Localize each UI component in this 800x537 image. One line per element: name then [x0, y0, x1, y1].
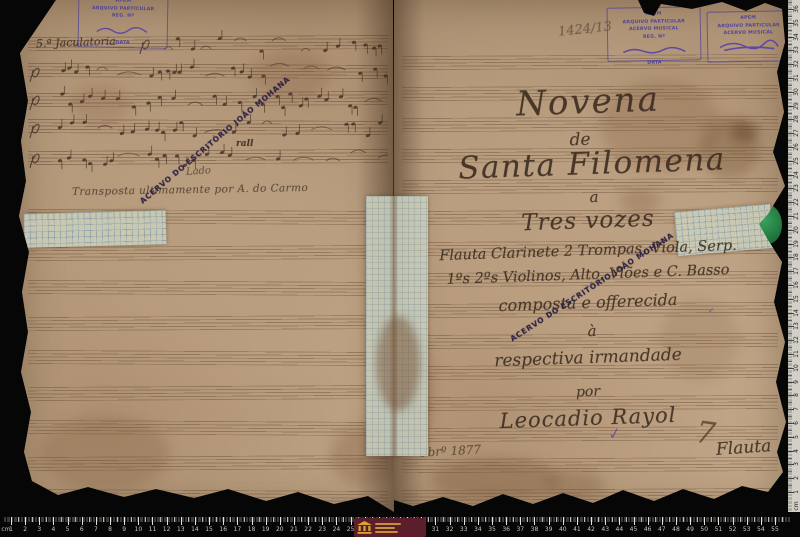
ruler-number: 20: [273, 526, 287, 533]
ruler-tick: [704, 517, 705, 525]
ruler-tick: [96, 517, 97, 525]
ruler-number: 35: [793, 17, 800, 29]
ruler-number: 45: [627, 526, 641, 533]
ruler-number: 18: [245, 526, 259, 533]
stain: [430, 458, 560, 500]
ruler-number: 20: [793, 224, 800, 236]
ruler-tick: [39, 517, 40, 525]
staff-line-group: [28, 385, 388, 401]
ruler-tick: [181, 517, 182, 525]
stain: [544, 470, 604, 500]
ruler-number: 47: [655, 526, 669, 533]
ruler-half-tick: [457, 517, 458, 522]
date-annotation: 9brº 1877: [420, 442, 482, 459]
ruler-number: 3: [32, 526, 46, 533]
ruler-half-tick: [230, 517, 231, 522]
ruler-half-tick: [202, 517, 203, 522]
ruler-number: 2: [18, 526, 32, 533]
small-purple-mark: ✓: [708, 306, 715, 315]
ruler-tick: [648, 517, 649, 525]
ruler-tick: [690, 517, 691, 525]
ruler-number: 23: [315, 526, 329, 533]
stamp-line: APEM: [619, 10, 689, 17]
ruler-tick: [124, 517, 125, 525]
stamp-line: DATA: [619, 59, 689, 66]
ruler-tick: [464, 517, 465, 525]
ruler-half-tick: [788, 320, 792, 321]
ruler-number: 35: [485, 526, 499, 533]
tempo-annotation: rall: [236, 139, 253, 149]
catalog-number: 1424/13: [557, 19, 612, 40]
ruler-tick: [167, 517, 168, 525]
ruler-tick: [11, 517, 12, 525]
ruler-number: 18: [793, 251, 800, 263]
ruler-number: 44: [612, 526, 626, 533]
ruler-half-tick: [18, 517, 19, 522]
ruler-number: 2: [793, 472, 800, 484]
ruler-tick: [237, 517, 238, 525]
ruler-tick: [450, 517, 451, 525]
stamp-line: ACERVO MUSICAL: [619, 25, 689, 32]
stamp-line: REG. Nº: [619, 33, 689, 40]
archive-stamp-top-left: APEM ARQUIVO PARTICULAR REG. Nº DATA: [78, 0, 169, 49]
ruler-number: 5: [61, 526, 75, 533]
ruler-half-tick: [683, 517, 684, 522]
ruler-half-tick: [626, 517, 627, 522]
scanned-manuscript-photo: 5.ª Jaculatoria rall Lado Transposta ult…: [0, 0, 800, 537]
ruler-number: 17: [230, 526, 244, 533]
ruler-half-tick: [788, 430, 792, 431]
ruler-tick: [195, 517, 196, 525]
ruler-half-tick: [527, 517, 528, 522]
ruler-half-tick: [788, 140, 792, 141]
ruler-tick: [733, 517, 734, 525]
ruler-number: 53: [740, 526, 754, 533]
ruler-number: 49: [683, 526, 697, 533]
ruler-number: 23: [793, 182, 800, 194]
ruler-number: 9: [793, 376, 800, 388]
stain: [250, 50, 330, 100]
staff-line-group: [28, 350, 388, 366]
staff-line-group: [28, 245, 388, 261]
ruler-half-tick: [725, 517, 726, 522]
apem-archive-logo: [354, 518, 426, 537]
ruler-half-tick: [273, 517, 274, 522]
ruler-number: 5: [793, 431, 800, 443]
ruler-tick: [520, 517, 521, 525]
tape-repair-left: [24, 210, 167, 248]
ruler-half-tick: [598, 517, 599, 522]
tape-repair-fold: [366, 196, 428, 456]
handwritten-notes-row: [28, 58, 388, 88]
archive-stamp-a: APEM ARQUIVO PARTICULAR ACERVO MUSICAL R…: [607, 6, 702, 62]
part-label: Flauta: [715, 436, 772, 460]
ruler-number: 31: [428, 526, 442, 533]
ruler-half-tick: [788, 126, 792, 127]
ruler-tick: [322, 517, 323, 525]
ruler-tick: [53, 517, 54, 525]
ruler-tick: [209, 517, 210, 525]
ruler-half-tick: [669, 517, 670, 522]
ruler-tick: [591, 517, 592, 525]
ruler-number: 30: [793, 86, 800, 98]
ruler-half-tick: [75, 517, 76, 522]
stamp-line: ARQUIVO PARTICULAR: [90, 5, 157, 12]
ruler-half-tick: [788, 375, 792, 376]
page-number: 7: [694, 415, 718, 452]
ruler-half-tick: [788, 16, 792, 17]
ruler-number: 32: [443, 526, 457, 533]
ruler-tick: [82, 517, 83, 525]
ruler-half-tick: [788, 209, 792, 210]
ruler-number: 52: [726, 526, 740, 533]
ruler-half-tick: [788, 361, 792, 362]
ruler-number: 3: [793, 458, 800, 470]
ruler-number: 12: [793, 334, 800, 346]
ruler-number: 11: [145, 526, 159, 533]
ruler-half-tick: [711, 517, 712, 522]
ruler-tick: [110, 517, 111, 525]
ruler-number: 41: [570, 526, 584, 533]
stamp-line: ARQUIVO PARTICULAR: [619, 18, 689, 25]
stamp-signature-scribble: [93, 24, 153, 35]
ruler-tick: [761, 517, 762, 525]
ruler-half-tick: [513, 517, 514, 522]
ruler-number: 34: [793, 31, 800, 43]
ruler-number: 8: [103, 526, 117, 533]
ruler-number: 26: [793, 141, 800, 153]
ruler-unit-label: cm: [793, 500, 800, 512]
ruler-number: 15: [202, 526, 216, 533]
ruler-half-tick: [788, 154, 792, 155]
ruler-number: 21: [793, 210, 800, 222]
ruler-half-tick: [788, 57, 792, 58]
ruler-tick: [294, 517, 295, 525]
ruler-half-tick: [655, 517, 656, 522]
ruler-half-tick: [788, 416, 792, 417]
ruler-number: 27: [793, 127, 800, 139]
ruler-number: 9: [117, 526, 131, 533]
ruler-half-tick: [788, 168, 792, 169]
ruler-number: 33: [457, 526, 471, 533]
ruler-number: 4: [46, 526, 60, 533]
ruler-half-tick: [740, 517, 741, 522]
ruler-number: 24: [329, 526, 343, 533]
ruler-tick: [549, 517, 550, 525]
ruler-number: 19: [793, 238, 800, 250]
ruler-half-tick: [259, 517, 260, 522]
ruler-tick: [308, 517, 309, 525]
ruler-half-tick: [485, 517, 486, 522]
ruler-tick: [252, 517, 253, 525]
stamp-line: DATA: [89, 39, 156, 46]
ruler-half-tick: [788, 85, 792, 86]
stain: [730, 122, 758, 142]
ruler-half-tick: [754, 517, 755, 522]
ruler-half-tick: [315, 517, 316, 522]
ruler-number: 16: [793, 279, 800, 291]
ruler-tick: [435, 517, 436, 525]
ruler-number: 7: [793, 403, 800, 415]
title-a2: à: [587, 322, 597, 340]
ruler-half-tick: [788, 402, 792, 403]
staff-line-group: [28, 489, 388, 505]
ruler-tick: [747, 517, 748, 525]
ruler-number: 46: [641, 526, 655, 533]
ruler-tick: [68, 517, 69, 525]
ruler-number: 7: [89, 526, 103, 533]
stain: [376, 316, 420, 411]
ruler-tick: [25, 517, 26, 525]
ruler-half-tick: [117, 517, 118, 522]
ruler-number: 22: [301, 526, 315, 533]
ruler-number: 21: [287, 526, 301, 533]
ruler-half-tick: [788, 71, 792, 72]
ruler-number: 24: [793, 169, 800, 181]
ruler-half-tick: [443, 517, 444, 522]
ruler-tick: [577, 517, 578, 525]
ruler-half-tick: [471, 517, 472, 522]
ruler-half-tick: [244, 517, 245, 522]
stamp-line: REG. Nº: [90, 12, 157, 19]
ruler-tick: [619, 517, 620, 525]
ruler-tick: [563, 517, 564, 525]
ruler-half-tick: [570, 517, 571, 522]
transcription-note: Transposta ultimamente por A. do Carmo: [72, 182, 308, 198]
ruler-half-tick: [788, 113, 792, 114]
stamp-line: APEM: [90, 0, 157, 4]
ruler-tick: [336, 517, 337, 525]
ruler-half-tick: [61, 517, 62, 522]
stamp-line: APEM: [717, 14, 779, 21]
ruler-tick: [266, 517, 267, 525]
stamp-line: ARQUIVO PARTICULAR: [717, 22, 779, 29]
ruler-tick: [138, 517, 139, 525]
ruler-half-tick: [428, 517, 429, 522]
ruler-half-tick: [329, 517, 330, 522]
ruler-number: 43: [598, 526, 612, 533]
ruler-number: 16: [216, 526, 230, 533]
ruler-half-tick: [788, 2, 792, 3]
stamp-signature-scribble: [716, 37, 782, 52]
title-by: por: [576, 384, 601, 401]
ruler-tick: [775, 517, 776, 525]
ruler-tick: [662, 517, 663, 525]
ruler-half-tick: [788, 264, 792, 265]
ruler-half-tick: [788, 306, 792, 307]
ruler-number: 34: [471, 526, 485, 533]
ruler-half-tick: [556, 517, 557, 522]
ruler-number: 37: [513, 526, 527, 533]
ruler-number: 51: [711, 526, 725, 533]
ruler-number: 55: [768, 526, 782, 533]
stamp-line: ACERVO MUSICAL: [718, 29, 780, 36]
ruler-number: 6: [75, 526, 89, 533]
ruler-half-tick: [788, 237, 792, 238]
ruler-number: 6: [793, 417, 800, 429]
building-icon: [357, 521, 372, 534]
ruler-half-tick: [145, 517, 146, 522]
ruler-number: 31: [793, 72, 800, 84]
title-a: a: [589, 188, 599, 206]
staff-line-group: [28, 315, 388, 331]
ruler-number: 8: [793, 389, 800, 401]
ruler-half-tick: [641, 517, 642, 522]
ruler-half-tick: [46, 517, 47, 522]
ruler-number: 42: [584, 526, 598, 533]
ruler-number: 12: [160, 526, 174, 533]
ruler-tick: [605, 517, 606, 525]
ruler-number: 1: [793, 486, 800, 498]
title-voices: Tres vozes: [521, 206, 655, 237]
ruler-tick: [506, 517, 507, 525]
ruler-half-tick: [287, 517, 288, 522]
ruler-half-tick: [768, 517, 769, 522]
ruler-number: 36: [499, 526, 513, 533]
ruler-tick: [152, 517, 153, 525]
ruler-half-tick: [103, 517, 104, 522]
ruler-tick: [351, 517, 352, 525]
ruler-half-tick: [788, 223, 792, 224]
ruler-half-tick: [788, 278, 792, 279]
ruler-number: 22: [793, 196, 800, 208]
ruler-number: 14: [188, 526, 202, 533]
ruler-half-tick: [788, 44, 792, 45]
ruler-half-tick: [612, 517, 613, 522]
ruler-number: 4: [793, 445, 800, 457]
ruler-half-tick: [788, 347, 792, 348]
ruler-number: 10: [793, 362, 800, 374]
ruler-tick: [534, 517, 535, 525]
ruler-half-tick: [131, 517, 132, 522]
ruler-number: 39: [542, 526, 556, 533]
ruler-tick: [492, 517, 493, 525]
right-ruler-mm-ticks: [788, 0, 792, 512]
ruler-number: 33: [793, 44, 800, 56]
ruler-number: 32: [793, 58, 800, 70]
ruler-number: 15: [793, 293, 800, 305]
manuscript-left-page: 5.ª Jaculatoria rall Lado Transposta ult…: [16, 0, 394, 512]
ruler-half-tick: [788, 458, 792, 459]
ruler-number: 38: [527, 526, 541, 533]
ruler-half-tick: [788, 195, 792, 196]
ruler-half-tick: [343, 517, 344, 522]
ruler-half-tick: [788, 251, 792, 252]
ruler-half-tick: [32, 517, 33, 522]
manuscript-right-page: 1424/13 APEM ARQUIVO PARTICULAR ACERVO M…: [394, 0, 786, 515]
ruler-number: 10: [131, 526, 145, 533]
logo-text-lines: [375, 523, 401, 533]
stamp-signature-scribble: [619, 45, 689, 55]
ruler-half-tick: [697, 517, 698, 522]
ruler-number: 14: [793, 307, 800, 319]
ruler-half-tick: [788, 99, 792, 100]
ruler-half-tick: [788, 471, 792, 472]
title-work: Novena: [515, 80, 660, 125]
ruler-half-tick: [788, 485, 792, 486]
ruler-tick: [280, 517, 281, 525]
ruler-number: 48: [669, 526, 683, 533]
ruler-tick: [223, 517, 224, 525]
stain: [40, 416, 170, 491]
staff-line-group: [28, 280, 388, 296]
ruler-number: 25: [793, 155, 800, 167]
ruler-half-tick: [542, 517, 543, 522]
ruler-half-tick: [788, 292, 792, 293]
ruler-half-tick: [499, 517, 500, 522]
ruler-number: 13: [174, 526, 188, 533]
ruler-half-tick: [160, 517, 161, 522]
ruler-half-tick: [788, 30, 792, 31]
ruler-number: 36: [793, 3, 800, 15]
ruler-number: 28: [793, 113, 800, 125]
ruler-tick: [676, 517, 677, 525]
ruler-number: 1: [4, 526, 18, 533]
stain: [70, 84, 130, 124]
archive-stamp-b: APEM ARQUIVO PARTICULAR ACERVO MUSICAL: [707, 10, 791, 62]
ruler-number: 11: [793, 348, 800, 360]
ruler-tick: [634, 517, 635, 525]
ruler-number: 54: [754, 526, 768, 533]
ruler-half-tick: [584, 517, 585, 522]
ruler-number: 50: [697, 526, 711, 533]
ruler-half-tick: [782, 517, 783, 522]
ruler-half-tick: [188, 517, 189, 522]
ruler-half-tick: [216, 517, 217, 522]
ruler-number: 29: [793, 100, 800, 112]
ruler-tick: [718, 517, 719, 525]
ruler-number: 19: [259, 526, 273, 533]
ruler-tick: [478, 517, 479, 525]
ruler-half-tick: [89, 517, 90, 522]
ruler-half-tick: [788, 389, 792, 390]
ruler-half-tick: [788, 444, 792, 445]
ruler-number: 40: [556, 526, 570, 533]
ruler-half-tick: [788, 182, 792, 183]
ruler-half-tick: [301, 517, 302, 522]
stain: [660, 300, 740, 380]
ruler-half-tick: [174, 517, 175, 522]
ruler-half-tick: [788, 333, 792, 334]
ruler-number: 17: [793, 265, 800, 277]
ruler-number: 13: [793, 320, 800, 332]
